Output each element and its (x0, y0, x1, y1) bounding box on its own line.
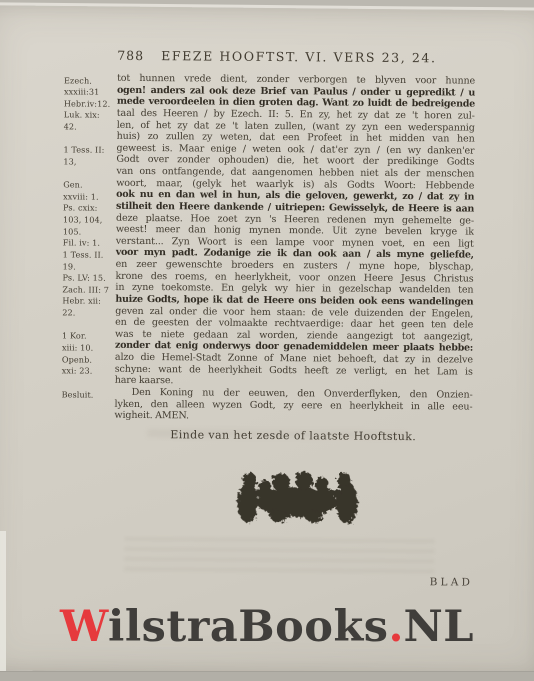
margin-note: Ps. LV: 15. (62, 273, 114, 283)
margin-note: 105. (63, 226, 115, 236)
book-page-photo: 788 EFEZE HOOFTST. VI. VERS 23, 24. Ezec… (0, 0, 534, 681)
margin-note: 1 Kor. (62, 331, 114, 341)
margin-note: xxxiii:31 (64, 87, 116, 97)
margin-note: Luk. xix: (64, 110, 116, 120)
body-text: tot hunnen vrede dient, zonder verborgen… (114, 73, 475, 425)
margin-note: 103, 104, (63, 214, 115, 224)
printed-content: 788 EFEZE HOOFTST. VI. VERS 23, 24. Ezec… (0, 0, 534, 681)
chapter-end-line: Einde van het zesde of laatste Hooftstuk… (114, 428, 472, 444)
margin-note: 13, (63, 156, 115, 166)
watermark-tld: NL (403, 602, 474, 652)
margin-note: xiii: 10. (62, 342, 114, 352)
verso-show-through (124, 537, 434, 579)
margin-note: 1 Tess. II: (63, 145, 115, 155)
page-number: 788 (117, 48, 144, 63)
margin-note: xxviii: 1. (63, 191, 115, 201)
margin-note: Zach. III: 7 (62, 284, 114, 294)
margin-note: xxi: 23. (62, 366, 114, 376)
margin-note: Fil. iv: 1. (63, 238, 115, 248)
catchword: BLAD (113, 574, 473, 589)
watermark-initial: W (60, 602, 108, 652)
margin-note: Besluit. (62, 389, 114, 399)
watermark-middle: ilstraBooks (108, 602, 388, 652)
margin-note: Ps. cxix: (63, 203, 115, 213)
margin-note: Gen. (63, 180, 115, 190)
ornament-vignette (234, 469, 362, 526)
margin-note: Openb. (62, 354, 114, 364)
margin-note: 42. (64, 121, 116, 131)
photo-bottom-edge (0, 671, 534, 681)
margin-note: Ezech. (64, 75, 116, 85)
margin-note: Hebr. xii: (62, 296, 114, 306)
bookseller-watermark: WilstraBooks.NL (0, 602, 534, 652)
margin-note: Hebr.iv:12. (64, 98, 116, 108)
watermark-dot: . (388, 602, 403, 652)
margin-note: 22. (62, 307, 114, 317)
page-title: EFEZE HOOFTST. VI. VERS 23, 24. (161, 48, 437, 65)
margin-note: 19. (63, 261, 115, 271)
margin-note: 1 Tess. II. (63, 249, 115, 259)
page-header: 788 EFEZE HOOFTST. VI. VERS 23, 24. (117, 48, 477, 66)
